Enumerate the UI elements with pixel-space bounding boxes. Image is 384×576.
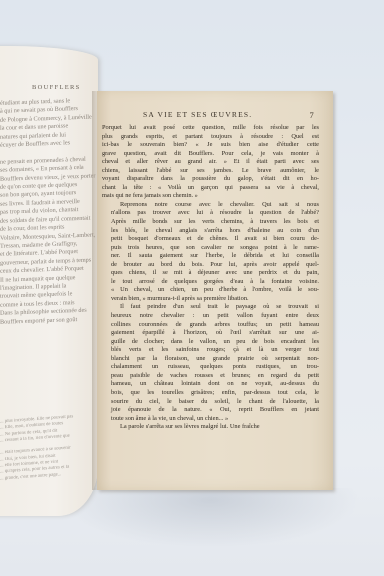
text-line: les blés, le cheval anglais s'arrêta hor… <box>102 227 319 236</box>
text-line: puis trois heures, que son cavalier ne s… <box>102 244 319 253</box>
text-line: n'allons pas trouver avec lui à résoudre… <box>102 209 319 218</box>
right-page-header: SA VIE ET SES ŒUVRES. 7 <box>97 110 333 120</box>
text-line: ner. Il sauta gaiement sur l'herbe, le d… <box>102 252 319 261</box>
text-line: « Un cheval, un chien, un peu d'herbe à … <box>102 286 319 295</box>
text-line: hameau, un château lointain dont on ne v… <box>102 380 319 389</box>
paragraph: Il faut peindre d'un seul trait le paysa… <box>102 303 319 423</box>
text-line: peau paisible de vaches rousses et brune… <box>102 372 319 381</box>
paragraph: Reprenons notre course avec le chevalier… <box>102 201 319 304</box>
text-line: chalamment un ruisseau, quelques ponts r… <box>102 363 319 372</box>
text-line: sourire du ciel, le baiser du soleil, le… <box>102 398 319 407</box>
text-line: grave question, avait dit Boufflers. Pou… <box>102 150 319 159</box>
text-line: mais qui ne fera jamais son chemin. » <box>102 192 319 201</box>
page-number: 7 <box>310 110 315 120</box>
text-line: blanchi par la floraison, une grande pra… <box>102 355 319 364</box>
text-line: collines couronnées de grands arbres tou… <box>102 321 319 330</box>
text-line: La parole s'arrêta sur ses lèvres malgré… <box>102 423 319 432</box>
text-line: gaiement éparpillé à l'horizon, où l'œil… <box>102 329 319 338</box>
text-line: guille de clocher; dans le vallon, un pe… <box>102 338 319 347</box>
left-running-head: BOUFFLERS <box>32 84 81 91</box>
right-page-text: Porquet lui avait posé cette question, m… <box>102 124 319 432</box>
text-line: toute son âme à la vie, un cheval, un ch… <box>102 415 319 424</box>
text-line: bois, que les tourelles grisâtres; enfin… <box>102 389 319 398</box>
text-line: petit bosquet d'ormeaux et de chênes. Il… <box>102 235 319 244</box>
text-line: plus grands esprits, et partant toujours… <box>102 133 319 142</box>
text-line: joie épanouie de la nature. « Oui, repri… <box>102 406 319 415</box>
text-line: chiens, laissant l'abbé sur ses jambes. … <box>102 167 319 176</box>
text-line: le tout arrosé de quelques gorgées d'eau… <box>102 278 319 287</box>
text-line: ici-bas le souverain bien? « Je suis bie… <box>102 141 319 150</box>
text-line: verain bien, » murmura-t-il après sa pre… <box>102 295 319 304</box>
text-line: Après mille bonds sur les verts chemins,… <box>102 218 319 227</box>
left-page-text: étudiant au plus tard, sans leà qui ne s… <box>0 96 98 326</box>
text-line: chant la tête : « Voilà un garçon qui pa… <box>102 184 319 193</box>
text-line: Il faut peindre d'un seul trait le paysa… <box>102 303 319 312</box>
right-page: SA VIE ET SES ŒUVRES. 7 Porquet lui avai… <box>97 91 333 490</box>
left-page: BOUFFLERS étudiant au plus tard, sans le… <box>0 46 98 516</box>
left-page-footnotes: ... plus incroyable. Elle ne pouvait pas… <box>0 413 98 483</box>
text-line: heureux notre chevalier : un petit vallo… <box>102 312 319 321</box>
text-line: de brouter au bord du bois. Pour lui, ap… <box>102 261 319 270</box>
right-running-head: SA VIE ET SES ŒUVRES. <box>143 110 252 119</box>
paragraph: Porquet lui avait posé cette question, m… <box>102 124 319 201</box>
book-shadow <box>60 488 360 548</box>
paragraph: La parole s'arrêta sur ses lèvres malgré… <box>102 423 319 432</box>
text-line: cheval et aller rêver au grand air. » Et… <box>102 158 319 167</box>
text-line: Reprenons notre course avec le chevalier… <box>102 201 319 210</box>
book-photo: BOUFFLERS étudiant au plus tard, sans le… <box>0 0 384 576</box>
text-line: Porquet lui avait posé cette question, m… <box>102 124 319 133</box>
text-line: voyant disparaître dans la poussière du … <box>102 175 319 184</box>
text-line: blés verts et les sainfoins rouges; çà e… <box>102 346 319 355</box>
text-line: ques chiens, il se mit à déjeuner avec u… <box>102 269 319 278</box>
